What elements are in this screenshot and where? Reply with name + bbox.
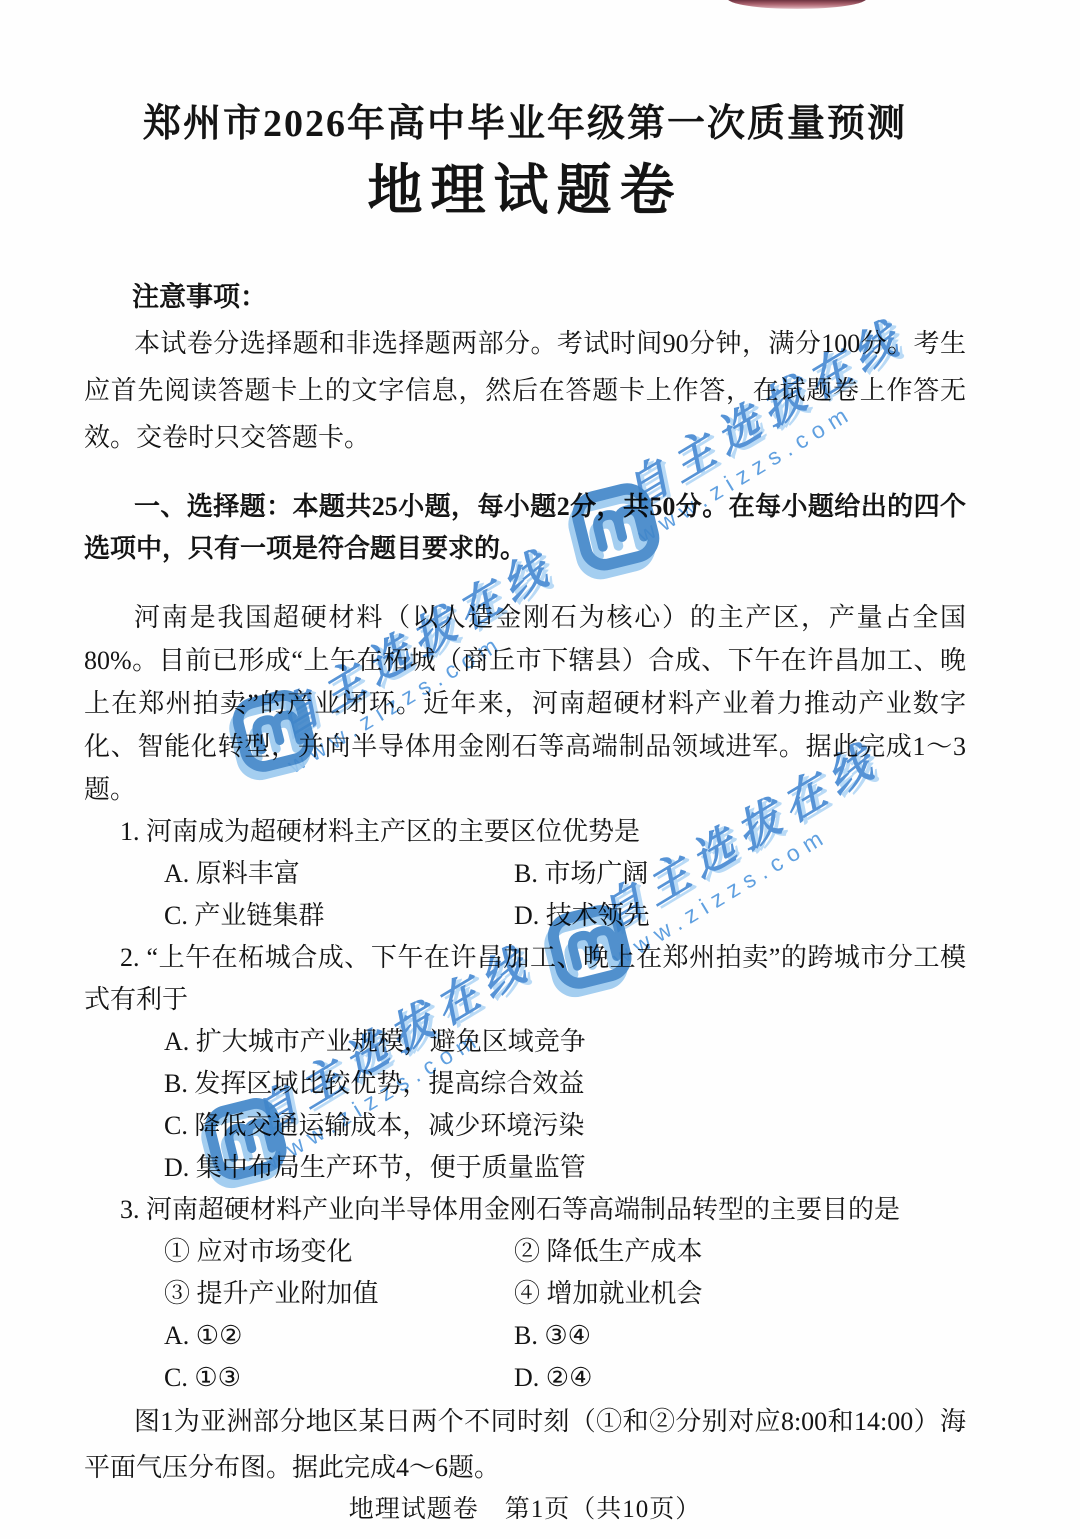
question-1-option-a: A. 原料丰富 xyxy=(164,853,514,895)
exam-title: 郑州市2026年高中毕业年级第一次质量预测 xyxy=(84,102,966,146)
question-2-option-c: C. 降低交通运输成本，减少环境污染 xyxy=(164,1105,966,1147)
page-footer: 地理试题卷 第1页（共10页） xyxy=(84,1495,966,1525)
question-2-option-a: A. 扩大城市产业规模，避免区域竞争 xyxy=(164,1021,966,1063)
section-header: 一、选择题：本题共25小题，每小题2分，共50分。在每小题给出的四个选项中，只有… xyxy=(84,486,966,570)
exam-subtitle: 地理试题卷 xyxy=(84,160,966,222)
question-3-stem: 3. 河南超硬材料产业向半导体用金刚石等高端制品转型的主要目的是 xyxy=(84,1189,966,1231)
question-3-item-1: ① 应对市场变化 xyxy=(164,1231,514,1273)
question-1-option-c: C. 产业链集群 xyxy=(164,895,514,937)
exam-paper-page: 郑州市2026年高中毕业年级第一次质量预测 地理试题卷 注意事项： 本试卷分选择… xyxy=(0,0,1080,1539)
question-3-item-2: ② 降低生产成本 xyxy=(514,1231,966,1273)
passage-q4-6: 图1为亚洲部分地区某日两个不同时刻（①和②分别对应8:00和14:00）海平面气… xyxy=(84,1399,966,1491)
question-3-option-c: C. ①③ xyxy=(164,1357,514,1399)
question-3-option-a: A. ①② xyxy=(164,1315,514,1357)
question-1-stem: 1. 河南成为超硬材料主产区的主要区位优势是 xyxy=(84,811,966,853)
question-2-option-d: D. 集中布局生产环节，便于质量监管 xyxy=(164,1147,966,1189)
question-1-option-b: B. 市场广阔 xyxy=(514,853,966,895)
passage-q1-3: 河南是我国超硬材料（以人造金刚石为核心）的主产区，产量占全国80%。目前已形成“… xyxy=(84,596,966,811)
question-3-options: A. ①② B. ③④ C. ①③ D. ②④ xyxy=(164,1315,966,1399)
notice-heading: 注意事项： xyxy=(84,280,966,314)
question-1-option-d: D. 技术领先 xyxy=(514,895,966,937)
question-3-items: ① 应对市场变化 ② 降低生产成本 ③ 提升产业附加值 ④ 增加就业机会 xyxy=(164,1231,966,1315)
exam-content: 郑州市2026年高中毕业年级第一次质量预测 地理试题卷 注意事项： 本试卷分选择… xyxy=(84,0,966,1525)
notice-body: 本试卷分选择题和非选择题两部分。考试时间90分钟，满分100分。考生应首先阅读答… xyxy=(84,320,966,461)
question-2-stem: 2. “上午在柘城合成、下午在许昌加工、晚上在郑州拍卖”的跨城市分工模式有利于 xyxy=(84,937,966,1021)
question-3-option-b: B. ③④ xyxy=(514,1315,966,1357)
question-3-item-4: ④ 增加就业机会 xyxy=(514,1273,966,1315)
question-2-option-b: B. 发挥区域比较优势，提高综合效益 xyxy=(164,1063,966,1105)
question-1-options: A. 原料丰富 B. 市场广阔 C. 产业链集群 D. 技术领先 xyxy=(164,853,966,937)
question-2-options: A. 扩大城市产业规模，避免区域竞争 B. 发挥区域比较优势，提高综合效益 C.… xyxy=(164,1021,966,1189)
question-3-option-d: D. ②④ xyxy=(514,1357,966,1399)
question-3-item-3: ③ 提升产业附加值 xyxy=(164,1273,514,1315)
